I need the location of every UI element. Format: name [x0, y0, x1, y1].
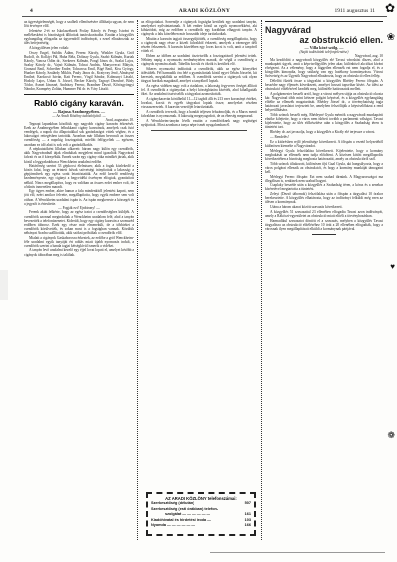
paragraph: Ez a kitörésben rejlő jelentősége követk… — [265, 140, 383, 148]
page-header: 4 ARADI KÖZLÖNY 1911 augusztus 11 — [22, 6, 387, 17]
newspaper-title: ARADI KÖZLÖNY — [22, 8, 387, 14]
paragraph: Csaplaky beszéde után a közgyűlés a Szab… — [265, 183, 383, 191]
scan-margin-mark-icon: ❁ — [387, 430, 395, 441]
column-3: Nagyvárad az obstrukció ellen. — Villa k… — [265, 20, 383, 520]
article-headline-line2: az obstrukció ellen. — [265, 35, 383, 45]
paragraph: A Wenckheim-tanyán lévők ezután a csendő… — [141, 119, 257, 127]
issue-date: 1911 augusztus 11 — [334, 8, 375, 14]
attendees-list: Orczy Engel, Sződás Ádám, Ferenc Károly,… — [24, 51, 134, 91]
paragraph: A tanyán levő uradalmi kezelő egy éjjel … — [24, 248, 134, 256]
section-rule — [265, 21, 383, 22]
column-2: az elfogottakat. Sorrendje a cigányok fo… — [141, 20, 257, 490]
phone-number: 507 — [245, 501, 251, 506]
paragraph: A csendőrök tervezik, hogy a bandát telj… — [141, 110, 257, 118]
paragraph: az elfogottakat. Sorrendje a cigányok fo… — [141, 20, 257, 36]
paragraph: A népkutatóként lilluban olkavett: három… — [24, 147, 134, 163]
paragraph: Mérlegyi Gyula felszólalása következett.… — [265, 149, 383, 161]
paragraph: Zeleyi (Dezső tábornok) felszólalása utá… — [265, 192, 383, 204]
paragraph: Több szónok beszélt még. Rhédeyné Gyula … — [265, 113, 383, 129]
paragraph: A cigánykaraván körülbelül 11—12 tagból … — [141, 97, 257, 109]
paragraph: Jelentése 2-ét ez Iskolaszéknek Frolay K… — [24, 29, 134, 45]
scan-margin-mark-icon: ♥ — [390, 262, 395, 271]
paragraph: Határőrség szerint 33 gépkocsi élelmisze… — [24, 164, 134, 188]
article-headline-line1: Nagyvárad — [265, 25, 383, 35]
paragraph: Miután a karaván tagjait összegyűjtötték… — [141, 37, 257, 53]
phone-label: Nyomda — — — — — — — [151, 523, 195, 528]
paragraph: Az egész vidéken nagy volt a riadalom, a… — [141, 84, 257, 96]
paragraph: Ma kezdődött a nagyváradi közgyűlés elé … — [265, 58, 383, 78]
paragraph: Tegnapi lapunkban közöltük egy nagyobb c… — [24, 122, 134, 146]
scan-artifact — [0, 270, 8, 300]
phone-row: Nyomda — — — — — — 166 — [151, 523, 251, 528]
paragraph: — Rendelés! — [265, 135, 383, 139]
paragraph: Mérlegyi Ferenc főispán: Ezt nem szabad … — [265, 175, 383, 183]
paragraph: Harmadikul szavazatot döntött el a szava… — [265, 219, 383, 231]
newspaper-page: 4 ARADI KÖZLÖNY 1911 augusztus 11 ✿ az ü… — [0, 0, 397, 562]
paragraph: Ferenk aktát felkérte, hogy az egész ira… — [24, 210, 134, 234]
paragraph: A közgyűlés 51 szavazattal 23 ellenében … — [265, 210, 383, 218]
column-divider — [137, 20, 138, 540]
paragraph: Rhédey dr. azt javasolja, hogy a közgyűl… — [265, 130, 383, 134]
paragraph: Több szónok tiltakozott, különösen ifjú … — [265, 162, 383, 174]
paragraph: Mialatt a cigányok Gaskaborosra érkeztek… — [24, 236, 134, 248]
article-end-rule — [312, 234, 336, 235]
paragraph: Délelőtt fűzték össze a tárgyalást a köz… — [265, 79, 383, 91]
paragraph: Ebben az időben az uradalmi tisztviselők… — [141, 54, 257, 66]
attendees-heading: A közgyűlésen jelen voltak: — [24, 46, 134, 50]
scan-corner-mark-icon: ✿ — [385, 2, 395, 16]
phone-numbers-box: AZ ARADI KÖZLÖNY telefonszámai: Szerkesz… — [146, 492, 256, 536]
article-headline: Rabló cigány karaván. — [24, 98, 134, 108]
section-rule — [151, 130, 247, 131]
paragraph: Utána a három akarat között szavazás köv… — [265, 205, 383, 209]
paragraph: Sikeres nyomozást indítottak a csendőrök… — [141, 67, 257, 83]
section-rule — [24, 94, 134, 95]
paragraph: A polgármester beszélt arról, hogy a vár… — [265, 92, 383, 112]
phone-number: 166 — [245, 523, 251, 528]
paragraph: az ügyeségtelenségét, hogy a szalbeli el… — [24, 20, 134, 28]
column-divider — [261, 20, 262, 540]
paragraph: Egy ügyes ember, akire hamar a falu mind… — [24, 189, 134, 205]
page-bottom-rule — [210, 552, 385, 553]
column-1: az ügyeségtelenségét, hogy a szalbeli el… — [24, 20, 134, 520]
scan-margin-mark-icon: ❀ — [387, 32, 395, 43]
